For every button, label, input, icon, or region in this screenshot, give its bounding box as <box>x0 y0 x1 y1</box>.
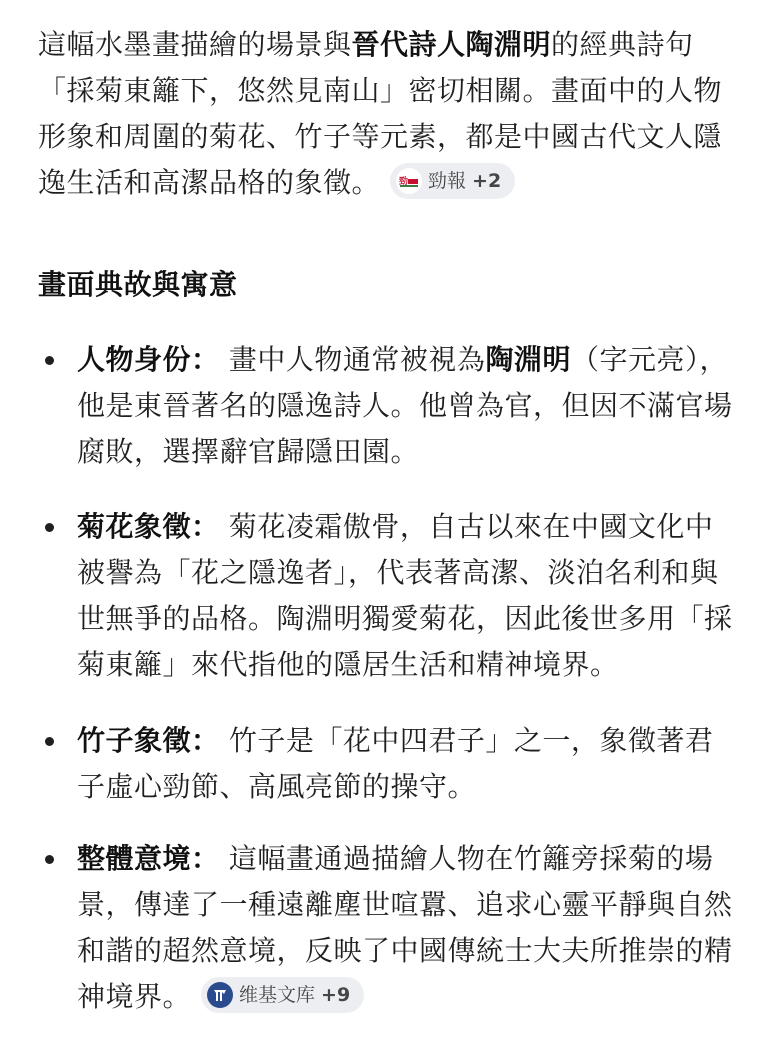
item-line: 腐敗，選擇辭官歸隱田園。 <box>77 429 757 475</box>
text: 這幅水墨畫描繪的場景與 <box>38 28 352 61</box>
bold-text: 晉代詩人陶淵明 <box>352 28 552 61</box>
bullet-icon <box>45 356 54 365</box>
item-line: 竹子象徵： 竹子是「花中四君子」之一，象徵著君 <box>77 718 757 764</box>
text: 逸生活和高潔品格的象徵。 <box>38 166 380 199</box>
text: 畫中人物通常被視為 <box>229 343 486 376</box>
text: 神境界。 <box>77 980 191 1013</box>
item-label: 竹子象徵： <box>77 724 220 757</box>
intro-line-1: 這幅水墨畫描繪的場景與晉代詩人陶淵明的經典詩句 <box>38 22 758 68</box>
text: （字元亮）， <box>571 343 728 376</box>
item-line: 整體意境： 這幅畫通過描繪人物在竹籬旁採菊的場 <box>77 836 757 882</box>
item-line: 神境界。维基文库+9 <box>77 974 757 1020</box>
text: 這幅畫通過描繪人物在竹籬旁採菊的場 <box>229 842 714 875</box>
citation-source: 维基文库 <box>239 972 315 1018</box>
item-line: 景，傳達了一種遠離塵世喧囂、追求心靈平靜與自然 <box>77 882 757 928</box>
item-label: 菊花象徵： <box>77 510 220 543</box>
item-line: 菊花象徵： 菊花凌霜傲骨，自古以來在中國文化中 <box>77 504 757 550</box>
list-item-text: 人物身份： 畫中人物通常被視為陶淵明（字元亮）， 他是東晉著名的隱逸詩人。他曾為… <box>77 337 757 475</box>
text: 的經典詩句 <box>551 28 694 61</box>
intro-line-4: 逸生活和高潔品格的象徵。勁勁報+2 <box>38 160 758 206</box>
intro-line-2: 「採菊東籬下，悠然見南山」密切相關。畫面中的人物 <box>38 68 758 114</box>
bullet-icon <box>45 737 54 746</box>
citation-source: 勁報 <box>428 158 466 204</box>
item-label: 整體意境： <box>77 842 220 875</box>
text: 形象和周圍的菊花、竹子等元素，都是中國古代文人隱 <box>38 120 722 153</box>
item-line: 菊東籬」來代指他的隱居生活和精神境界。 <box>77 642 757 688</box>
wikisource-logo-icon <box>207 982 233 1008</box>
bullet-icon <box>45 523 54 532</box>
citation-chip-wikisource[interactable]: 维基文库+9 <box>201 977 364 1013</box>
newspaper-logo-icon: 勁 <box>396 168 422 194</box>
item-line: 子虛心勁節、高風亮節的操守。 <box>77 764 757 810</box>
intro-line-3: 形象和周圍的菊花、竹子等元素，都是中國古代文人隱 <box>38 114 758 160</box>
citation-count: +2 <box>472 158 501 204</box>
item-line: 人物身份： 畫中人物通常被視為陶淵明（字元亮）， <box>77 337 757 383</box>
list-item-text: 整體意境： 這幅畫通過描繪人物在竹籬旁採菊的場 景，傳達了一種遠離塵世喧囂、追求… <box>77 836 757 1020</box>
item-label: 人物身份： <box>77 343 220 376</box>
section-heading: 畫面典故與寓意 <box>38 264 238 306</box>
citation-chip-news[interactable]: 勁勁報+2 <box>390 163 515 199</box>
list-item-text: 菊花象徵： 菊花凌霜傲骨，自古以來在中國文化中 被譽為「花之隱逸者」，代表著高潔… <box>77 504 757 688</box>
item-line: 被譽為「花之隱逸者」，代表著高潔、淡泊名利和與 <box>77 550 757 596</box>
item-line: 世無爭的品格。陶淵明獨愛菊花，因此後世多用「採 <box>77 596 757 642</box>
text: 菊花凌霜傲骨，自古以來在中國文化中 <box>229 510 714 543</box>
list-item-text: 竹子象徵： 竹子是「花中四君子」之一，象徵著君 子虛心勁節、高風亮節的操守。 <box>77 718 757 810</box>
bold-text: 陶淵明 <box>485 343 571 376</box>
text: 「採菊東籬下，悠然見南山」密切相關。畫面中的人物 <box>38 74 722 107</box>
citation-count: +9 <box>321 972 350 1018</box>
intro-paragraph: 這幅水墨畫描繪的場景與晉代詩人陶淵明的經典詩句 「採菊東籬下，悠然見南山」密切相… <box>38 22 758 206</box>
bullet-icon <box>45 855 54 864</box>
text: 竹子是「花中四君子」之一，象徵著君 <box>229 724 714 757</box>
item-line: 他是東晉著名的隱逸詩人。他曾為官，但因不滿官場 <box>77 383 757 429</box>
item-line: 和諧的超然意境，反映了中國傳統士大夫所推崇的精 <box>77 928 757 974</box>
